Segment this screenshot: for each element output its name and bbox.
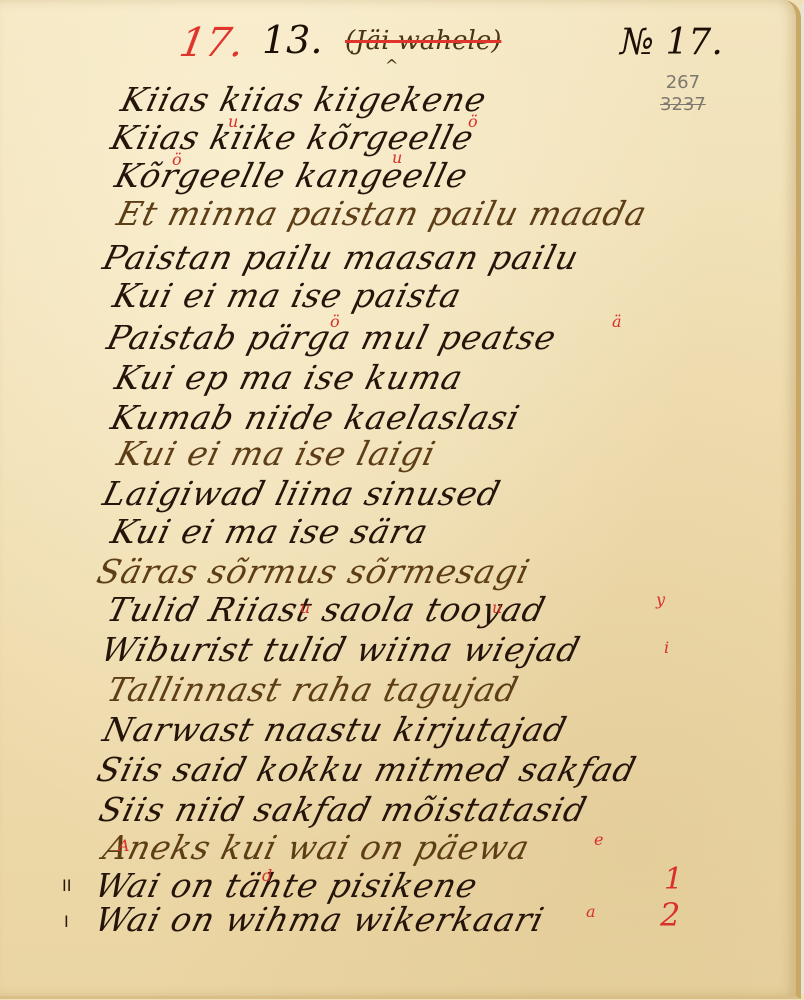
song-line: Säras sõrmus sõrmesagi	[93, 552, 534, 591]
song-line: Kiias kiike kõrgeelle	[107, 118, 478, 157]
red-page-number: 17.	[176, 20, 248, 66]
red-correction: e	[594, 830, 603, 849]
song-line: Kui ei ma ise sära	[107, 512, 433, 551]
song-line: Siis said kokku mitmed sakfad	[93, 750, 640, 789]
song-line: Kumab niide kaelaslasi	[107, 398, 524, 437]
red-correction: i	[664, 638, 669, 657]
page-header: 17. 13. (Jäi wahele) ^ № 17.	[0, 16, 796, 76]
struck-title-text: (Jäi wahele)	[345, 26, 501, 56]
song-line: Kiias kiias kiigekene	[117, 80, 491, 119]
song-line: Wai on wihma wikerkaari	[91, 900, 548, 939]
red-correction: y	[656, 590, 665, 609]
song-line: Et minna paistan pailu maada	[113, 194, 651, 233]
number-label: № 17.	[620, 22, 723, 63]
song-line: Paistan pailu maasan pailu	[99, 238, 583, 277]
red-correction: a	[586, 902, 596, 921]
song-line: Wiburist tulid wiina wiejad	[97, 630, 584, 669]
verse-order-mark: I	[64, 912, 69, 931]
margin-reorder-number: 1	[664, 862, 683, 897]
red-correction: u	[300, 598, 310, 617]
song-line: Aneks kui wai on päewa	[99, 828, 534, 867]
red-correction: u	[228, 112, 238, 131]
song-line: Siis niid sakfad mõistatasid	[95, 790, 591, 829]
archive-number-current: 267	[666, 72, 700, 93]
margin-reorder-number: 2	[660, 896, 680, 934]
song-number: 13.	[262, 18, 322, 62]
insertion-caret-icon: ^	[385, 56, 398, 75]
red-correction: ö	[330, 312, 340, 331]
red-correction: A	[118, 836, 130, 855]
red-correction: d	[262, 866, 272, 885]
song-line: Laigiwad liina sinused	[99, 474, 505, 513]
struck-title: (Jäi wahele)	[345, 26, 501, 56]
red-correction: ö	[468, 112, 478, 131]
red-correction: ä	[612, 312, 622, 331]
manuscript-page: 17. 13. (Jäi wahele) ^ № 17. 267 3237 Ki…	[0, 0, 801, 999]
song-line: Kui ei ma ise paista	[109, 276, 466, 315]
song-line: Tulid Riiast saola tooyad	[103, 590, 550, 629]
archive-number: 267 3237	[660, 72, 706, 116]
song-line: Kõrgeelle kangeelle	[111, 156, 472, 195]
red-correction: u	[492, 598, 502, 617]
song-line: Narwast naastu kirjutajad	[99, 710, 571, 749]
verse-order-mark: II	[62, 876, 71, 895]
red-correction: u	[392, 148, 402, 167]
red-correction: ö	[172, 150, 182, 169]
song-line: Tallinnast raha tagujad	[103, 670, 523, 709]
archive-number-struck: 3237	[660, 94, 706, 116]
song-line: Kui ep ma ise kuma	[111, 358, 467, 397]
song-line: Kui ei ma ise laigi	[113, 434, 440, 473]
